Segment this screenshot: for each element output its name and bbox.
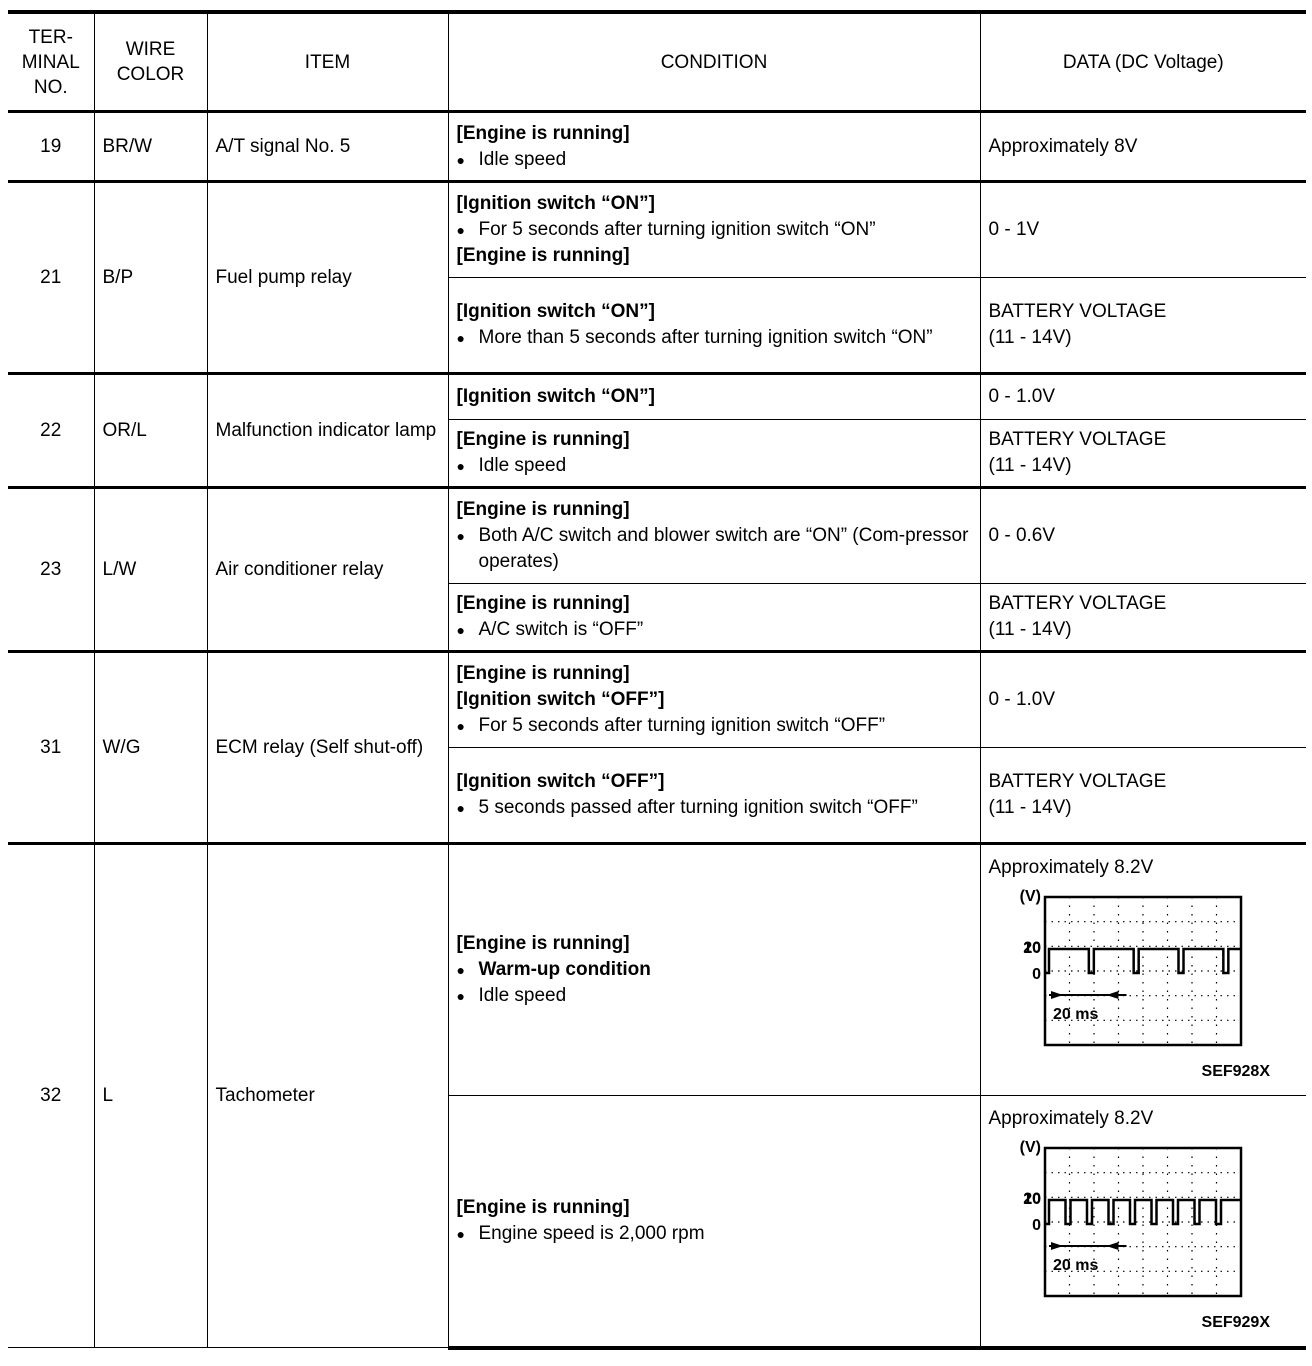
terminal-no: 32 bbox=[8, 844, 94, 1348]
data-cell: BATTERY VOLTAGE(11 - 14V) bbox=[980, 420, 1306, 488]
table-row: 23L/WAir conditioner relay[Engine is run… bbox=[8, 488, 1306, 584]
wire-color: W/G bbox=[94, 652, 207, 844]
condition-heading: [Engine is running] bbox=[457, 591, 972, 617]
table-row: 19BR/WA/T signal No. 5[Engine is running… bbox=[8, 112, 1306, 182]
header-condition: CONDITION bbox=[448, 12, 980, 112]
condition-heading: [Engine is running] bbox=[457, 931, 972, 957]
axis-label: (V) bbox=[1019, 1140, 1040, 1156]
axis-label: 0 bbox=[1032, 966, 1041, 983]
condition-cell: [Engine is running]Warm-up conditionIdle… bbox=[448, 844, 980, 1096]
condition-bullet: For 5 seconds after turning ignition swi… bbox=[457, 713, 972, 739]
data-cell: Approximately 8.2V(V)2010020 msSEF929X bbox=[980, 1096, 1306, 1348]
condition-cell: [Engine is running][Ignition switch “OFF… bbox=[448, 652, 980, 748]
item-name: Malfunction indicator lamp bbox=[207, 374, 448, 488]
condition-heading: [Engine is running] bbox=[457, 121, 972, 147]
condition-heading: [Ignition switch “ON”] bbox=[457, 299, 972, 325]
data-value: BATTERY VOLTAGE bbox=[989, 769, 1299, 795]
condition-heading: [Ignition switch “OFF”] bbox=[457, 687, 972, 713]
condition-bullet: For 5 seconds after turning ignition swi… bbox=[457, 217, 972, 243]
condition-cell: [Engine is running]Idle speed bbox=[448, 112, 980, 182]
bullet-dot-icon bbox=[457, 217, 479, 243]
header-row: TER- MINAL NO. WIRE COLOR ITEM CONDITION… bbox=[8, 12, 1306, 112]
bullet-dot-icon bbox=[457, 1221, 479, 1247]
data-value: Approximately 8V bbox=[989, 134, 1299, 160]
data-cell: 0 - 1V bbox=[980, 182, 1306, 278]
axis-label: 0 bbox=[1032, 1217, 1041, 1234]
condition-text: For 5 seconds after turning ignition swi… bbox=[479, 713, 886, 739]
data-value: (11 - 14V) bbox=[989, 453, 1299, 479]
terminal-no: 21 bbox=[8, 182, 94, 374]
ecm-terminal-table: TER- MINAL NO. WIRE COLOR ITEM CONDITION… bbox=[8, 10, 1306, 1350]
condition-cell: [Ignition switch “ON”]For 5 seconds afte… bbox=[448, 182, 980, 278]
data-cell: 0 - 1.0V bbox=[980, 374, 1306, 420]
bullet-dot-icon bbox=[457, 147, 479, 173]
terminal-no: 31 bbox=[8, 652, 94, 844]
bullet-dot-icon bbox=[457, 983, 479, 1009]
condition-text: A/C switch is “OFF” bbox=[479, 617, 644, 643]
wire-color: BR/W bbox=[94, 112, 207, 182]
condition-heading: [Engine is running] bbox=[457, 1195, 972, 1221]
condition-heading: [Ignition switch “ON”] bbox=[457, 384, 972, 410]
condition-heading: [Engine is running] bbox=[457, 243, 972, 269]
data-value: 0 - 1V bbox=[989, 217, 1299, 243]
item-name: A/T signal No. 5 bbox=[207, 112, 448, 182]
data-cell: Approximately 8V bbox=[980, 112, 1306, 182]
data-value: BATTERY VOLTAGE bbox=[989, 427, 1299, 453]
condition-text: More than 5 seconds after turning igniti… bbox=[479, 325, 933, 351]
condition-text: 5 seconds passed after turning ignition … bbox=[479, 795, 918, 821]
header-terminal-line: TER- bbox=[29, 27, 73, 48]
condition-bullet: More than 5 seconds after turning igniti… bbox=[457, 325, 972, 351]
data-value: Approximately 8.2V bbox=[989, 855, 1299, 881]
header-terminal-no: TER- MINAL NO. bbox=[8, 12, 94, 112]
data-value: (11 - 14V) bbox=[989, 795, 1299, 821]
time-scale-label: 20 ms bbox=[1053, 1257, 1098, 1274]
condition-bullet: Idle speed bbox=[457, 983, 972, 1009]
condition-cell: [Ignition switch “ON”]More than 5 second… bbox=[448, 278, 980, 374]
table-row: 31W/GECM relay (Self shut-off)[Engine is… bbox=[8, 652, 1306, 748]
data-value: Approximately 8.2V bbox=[989, 1106, 1299, 1132]
data-value: 0 - 1.0V bbox=[989, 384, 1299, 410]
bullet-dot-icon bbox=[457, 325, 479, 351]
condition-text: Both A/C switch and blower switch are “O… bbox=[479, 523, 972, 575]
condition-bullet: Warm-up condition bbox=[457, 957, 972, 983]
condition-text: For 5 seconds after turning ignition swi… bbox=[479, 217, 876, 243]
condition-bullet: Engine speed is 2,000 rpm bbox=[457, 1221, 972, 1247]
bullet-dot-icon bbox=[457, 453, 479, 479]
table-row: 32LTachometer[Engine is running]Warm-up … bbox=[8, 844, 1306, 1096]
data-value: 0 - 1.0V bbox=[989, 687, 1299, 713]
condition-text: Engine speed is 2,000 rpm bbox=[479, 1221, 705, 1247]
header-terminal-line: NO. bbox=[34, 77, 68, 98]
wire-color: L/W bbox=[94, 488, 207, 652]
data-value: BATTERY VOLTAGE bbox=[989, 299, 1299, 325]
data-cell: BATTERY VOLTAGE(11 - 14V) bbox=[980, 748, 1306, 844]
condition-heading: [Ignition switch “ON”] bbox=[457, 191, 972, 217]
figure-id: SEF929X bbox=[1202, 1310, 1270, 1336]
header-terminal-line: MINAL bbox=[22, 52, 80, 73]
bullet-dot-icon bbox=[457, 617, 479, 643]
condition-cell: [Ignition switch “ON”] bbox=[448, 374, 980, 420]
waveform-graph: (V)2010020 ms bbox=[989, 889, 1259, 1049]
bullet-dot-icon bbox=[457, 713, 479, 739]
condition-heading: [Engine is running] bbox=[457, 427, 972, 453]
wire-color: B/P bbox=[94, 182, 207, 374]
header-wire-color: WIRE COLOR bbox=[94, 12, 207, 112]
condition-text: Idle speed bbox=[479, 453, 567, 479]
table-row: 21B/PFuel pump relay[Ignition switch “ON… bbox=[8, 182, 1306, 278]
data-cell: BATTERY VOLTAGE(11 - 14V) bbox=[980, 278, 1306, 374]
condition-heading: [Ignition switch “OFF”] bbox=[457, 769, 972, 795]
data-cell: 0 - 0.6V bbox=[980, 488, 1306, 584]
data-value: BATTERY VOLTAGE bbox=[989, 591, 1299, 617]
condition-heading: [Engine is running] bbox=[457, 497, 972, 523]
data-cell: BATTERY VOLTAGE(11 - 14V) bbox=[980, 584, 1306, 652]
header-item: ITEM bbox=[207, 12, 448, 112]
item-name: ECM relay (Self shut-off) bbox=[207, 652, 448, 844]
terminal-no: 19 bbox=[8, 112, 94, 182]
wire-color: L bbox=[94, 844, 207, 1348]
waveform-graph: (V)2010020 ms bbox=[989, 1140, 1259, 1300]
condition-text: Idle speed bbox=[479, 147, 567, 173]
data-cell: 0 - 1.0V bbox=[980, 652, 1306, 748]
header-wire-line: COLOR bbox=[117, 64, 185, 85]
data-value: 0 - 0.6V bbox=[989, 523, 1299, 549]
condition-cell: [Engine is running]Idle speed bbox=[448, 420, 980, 488]
wire-color: OR/L bbox=[94, 374, 207, 488]
item-name: Air conditioner relay bbox=[207, 488, 448, 652]
bullet-dot-icon bbox=[457, 957, 479, 983]
bullet-dot-icon bbox=[457, 795, 479, 821]
condition-text: Idle speed bbox=[479, 983, 567, 1009]
data-cell: Approximately 8.2V(V)2010020 msSEF928X bbox=[980, 844, 1306, 1096]
oscilloscope-waveform: (V)2010020 msSEF929X bbox=[989, 1132, 1299, 1332]
table-row: 22OR/LMalfunction indicator lamp[Ignitio… bbox=[8, 374, 1306, 420]
condition-bullet: 5 seconds passed after turning ignition … bbox=[457, 795, 972, 821]
condition-text: Warm-up condition bbox=[479, 957, 651, 983]
condition-bullet: Idle speed bbox=[457, 147, 972, 173]
terminal-no: 22 bbox=[8, 374, 94, 488]
condition-cell: [Ignition switch “OFF”]5 seconds passed … bbox=[448, 748, 980, 844]
header-wire-line: WIRE bbox=[126, 39, 176, 60]
figure-id: SEF928X bbox=[1202, 1059, 1270, 1085]
condition-cell: [Engine is running]A/C switch is “OFF” bbox=[448, 584, 980, 652]
condition-bullet: A/C switch is “OFF” bbox=[457, 617, 972, 643]
condition-bullet: Idle speed bbox=[457, 453, 972, 479]
data-value: (11 - 14V) bbox=[989, 617, 1299, 643]
axis-label: (V) bbox=[1019, 889, 1040, 905]
item-name: Tachometer bbox=[207, 844, 448, 1348]
condition-bullet: Both A/C switch and blower switch are “O… bbox=[457, 523, 972, 575]
time-scale-label: 20 ms bbox=[1053, 1006, 1098, 1023]
axis-label: 10 bbox=[1023, 1191, 1041, 1208]
condition-cell: [Engine is running]Engine speed is 2,000… bbox=[448, 1096, 980, 1348]
condition-heading: [Engine is running] bbox=[457, 661, 972, 687]
terminal-no: 23 bbox=[8, 488, 94, 652]
bullet-dot-icon bbox=[457, 523, 479, 575]
axis-label: 10 bbox=[1023, 940, 1041, 957]
oscilloscope-waveform: (V)2010020 msSEF928X bbox=[989, 881, 1299, 1081]
item-name: Fuel pump relay bbox=[207, 182, 448, 374]
condition-cell: [Engine is running]Both A/C switch and b… bbox=[448, 488, 980, 584]
header-data: DATA (DC Voltage) bbox=[980, 12, 1306, 112]
data-value: (11 - 14V) bbox=[989, 325, 1299, 351]
